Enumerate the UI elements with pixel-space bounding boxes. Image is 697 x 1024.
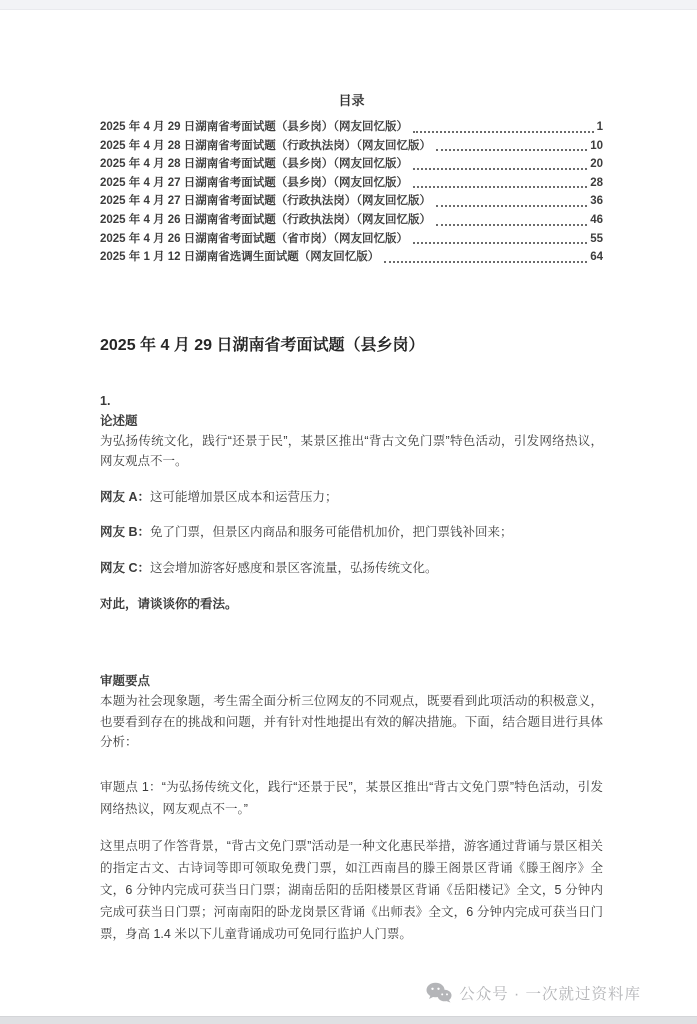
wechat-icon — [426, 982, 452, 1004]
viewpoint-b-text: 免了门票，但景区内商品和服务可能借机加价，把门票钱补回来； — [150, 525, 513, 539]
viewpoint-a-text: 这可能增加景区成本和运营压力； — [150, 490, 338, 504]
toc-entry[interactable]: 2025 年 4 月 26 日湖南省考面试题（行政执法岗）（网友回忆版） 46 — [100, 211, 603, 230]
toc-entry-title: 2025 年 4 月 26 日湖南省考面试题（行政执法岗）（网友回忆版） — [100, 211, 431, 230]
toc-entry[interactable]: 2025 年 4 月 28 日湖南省考面试题（县乡岗）（网友回忆版） 20 — [100, 155, 603, 174]
toc-entry[interactable]: 2025 年 4 月 27 日湖南省考面试题（行政执法岗）（网友回忆版） 36 — [100, 192, 603, 211]
toc-leader-dots — [436, 149, 587, 151]
toc-entry-page: 28 — [590, 174, 603, 193]
toc-entry-title: 2025 年 4 月 27 日湖南省考面试题（行政执法岗）（网友回忆版） — [100, 192, 431, 211]
toc-entry[interactable]: 2025 年 1 月 12 日湖南省选调生面试题（网友回忆版） 64 — [100, 248, 603, 267]
toc-entry-title: 2025 年 4 月 28 日湖南省考面试题（县乡岗）（网友回忆版） — [100, 155, 408, 174]
section-heading: 2025 年 4 月 29 日湖南省考面试题（县乡岗） — [100, 335, 603, 357]
toc-leader-dots — [413, 131, 594, 133]
toc-entry-title: 2025 年 4 月 27 日湖南省考面试题（县乡岗）（网友回忆版） — [100, 174, 408, 193]
toc-entry-title: 2025 年 4 月 26 日湖南省考面试题（省市岗）（网友回忆版） — [100, 230, 408, 249]
question-text: 为弘扬传统文化，践行“还景于民”，某景区推出“背古文免门票”特色活动，引发网络热… — [100, 431, 603, 472]
page-top-edge — [0, 0, 697, 10]
analysis-point-1: 审题点 1：“为弘扬传统文化，践行“还景于民”，某景区推出“背古文免门票”特色活… — [100, 777, 603, 820]
viewpoint-a-label: 网友 A： — [100, 490, 150, 504]
analysis-intro: 本题为社会现象题，考生需全面分析三位网友的不同观点，既要看到此项活动的积极意义，… — [100, 691, 603, 753]
question-type-label: 论述题 — [100, 411, 603, 431]
toc-title: 目录 — [100, 90, 603, 109]
analysis-point-1-detail: 这里点明了作答背景，“背古文免门票”活动是一种文化惠民举措，游客通过背诵与景区相… — [100, 835, 603, 945]
question-prompt: 对此，请谈谈你的看法。 — [100, 594, 603, 614]
toc-entry-page: 36 — [590, 192, 603, 211]
toc-entry[interactable]: 2025 年 4 月 27 日湖南省考面试题（县乡岗）（网友回忆版） 28 — [100, 174, 603, 193]
toc-leader-dots — [413, 242, 587, 244]
toc-entry-page: 55 — [590, 230, 603, 249]
toc-leader-dots — [384, 261, 587, 263]
toc-leader-dots — [413, 168, 587, 170]
toc-entry[interactable]: 2025 年 4 月 28 日湖南省考面试题（行政执法岗）（网友回忆版） 10 — [100, 137, 603, 156]
page-bottom-edge — [0, 1016, 697, 1024]
viewpoint-b-label: 网友 B： — [100, 525, 150, 539]
viewpoint-a: 网友 A：这可能增加景区成本和运营压力； — [100, 487, 603, 508]
viewpoint-c-label: 网友 C： — [100, 561, 150, 575]
toc-entry-title: 2025 年 1 月 12 日湖南省选调生面试题（网友回忆版） — [100, 248, 379, 267]
document-page: 目录 2025 年 4 月 29 日湖南省考面试题（县乡岗）（网友回忆版） 1 … — [0, 0, 697, 1024]
viewpoint-c-text: 这会增加游客好感度和景区客流量，弘扬传统文化。 — [150, 561, 438, 575]
toc-entry-page: 64 — [590, 248, 603, 267]
analysis-heading: 审题要点 — [100, 671, 603, 691]
question-number: 1. — [100, 391, 603, 411]
watermark-footer: 公众号 · 一次就过资料库 — [426, 982, 641, 1004]
toc-entry[interactable]: 2025 年 4 月 29 日湖南省考面试题（县乡岗）（网友回忆版） 1 — [100, 118, 603, 137]
toc-entry-title: 2025 年 4 月 29 日湖南省考面试题（县乡岗）（网友回忆版） — [100, 118, 408, 137]
toc-leader-dots — [413, 186, 587, 188]
toc-leader-dots — [436, 205, 587, 207]
toc-entry-page: 20 — [590, 155, 603, 174]
toc-entry[interactable]: 2025 年 4 月 26 日湖南省考面试题（省市岗）（网友回忆版） 55 — [100, 230, 603, 249]
toc-entry-page: 1 — [597, 118, 603, 137]
toc-leader-dots — [436, 224, 587, 226]
page-content: 目录 2025 年 4 月 29 日湖南省考面试题（县乡岗）（网友回忆版） 1 … — [100, 10, 603, 945]
watermark-text: 公众号 · 一次就过资料库 — [459, 982, 641, 1004]
viewpoint-b: 网友 B：免了门票，但景区内商品和服务可能借机加价，把门票钱补回来； — [100, 522, 603, 543]
viewpoint-c: 网友 C：这会增加游客好感度和景区客流量，弘扬传统文化。 — [100, 558, 603, 579]
table-of-contents: 2025 年 4 月 29 日湖南省考面试题（县乡岗）（网友回忆版） 1 202… — [100, 118, 603, 267]
toc-entry-page: 46 — [590, 211, 603, 230]
toc-entry-title: 2025 年 4 月 28 日湖南省考面试题（行政执法岗）（网友回忆版） — [100, 137, 431, 156]
toc-entry-page: 10 — [590, 137, 603, 156]
